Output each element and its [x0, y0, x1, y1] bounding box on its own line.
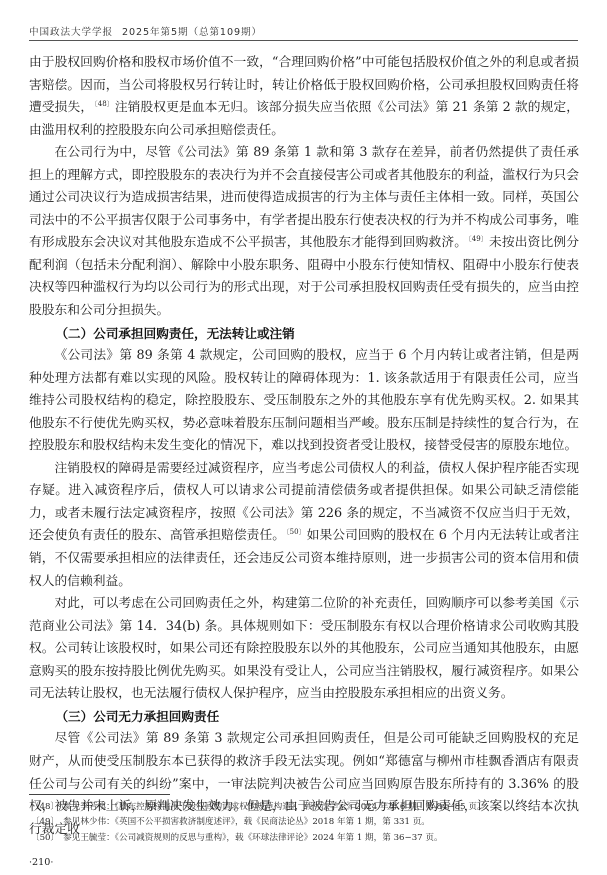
- footnote-48: 〔48〕参见李若祺：《股东控制权滥用下股权回购请求权的规范构造》，载《法学家》2…: [31, 800, 591, 815]
- footnote-ref-48[interactable]: 〔48〕: [94, 100, 114, 108]
- paragraph-2: 在公司行为中，尽管《公司法》第 89 条第 1 款和第 3 款存在差异，前者仍然…: [29, 142, 579, 322]
- journal-name: 中国政法大学学报: [29, 27, 113, 38]
- issue-info: 2025年第5期（总第109期）: [122, 27, 262, 38]
- paragraph-1: 由于股权回购价格和股权市场价值不一致，“合理回购价格”中可能包括股权价值之外的利…: [29, 52, 579, 142]
- paragraph-5: 对此，可以考虑在公司回购责任之外，构建第二位阶的补充责任，回购顺序可以参考美国《…: [29, 593, 579, 706]
- journal-page: 中国政法大学学报2025年第5期（总第109期） 由于股权回购价格和股权市场价值…: [0, 0, 607, 875]
- header-rule: [29, 40, 578, 41]
- footnote-49: 〔49〕参见林少伟：《英国不公平损害救济制度述评》，载《民商法论丛》2018 年…: [31, 815, 591, 830]
- article-body: 由于股权回购价格和股权市场价值不一致，“合理回购价格”中可能包括股权价值之外的利…: [29, 52, 579, 841]
- paragraph-3: 《公司法》第 89 条第 4 款规定，公司回购的股权，应当于 6 个月内转让或者…: [29, 345, 579, 458]
- footnote-rule: [29, 794, 170, 795]
- footnote-ref-49[interactable]: 〔49〕: [468, 235, 488, 243]
- section-heading-2: （二）公司承担回购责任，无法转让或注销: [29, 323, 579, 346]
- footnote-50: 〔50〕参见王毓莹：《公司减资规则的反思与重构》，载《环球法律评论》2024 年…: [31, 831, 591, 846]
- page-number: ·210·: [29, 857, 53, 868]
- running-head: 中国政法大学学报2025年第5期（总第109期）: [29, 24, 262, 38]
- footnote-ref-50[interactable]: 〔50〕: [286, 528, 306, 536]
- section-heading-3: （三）公司无力承担回购责任: [29, 706, 579, 729]
- footnotes: 〔48〕参见李若祺：《股东控制权滥用下股权回购请求权的规范构造》，载《法学家》2…: [31, 800, 591, 846]
- paragraph-4: 注销股权的障碍是需要经过减资程序，应当考虑公司债权人的利益，债权人保护程序能否实…: [29, 458, 579, 593]
